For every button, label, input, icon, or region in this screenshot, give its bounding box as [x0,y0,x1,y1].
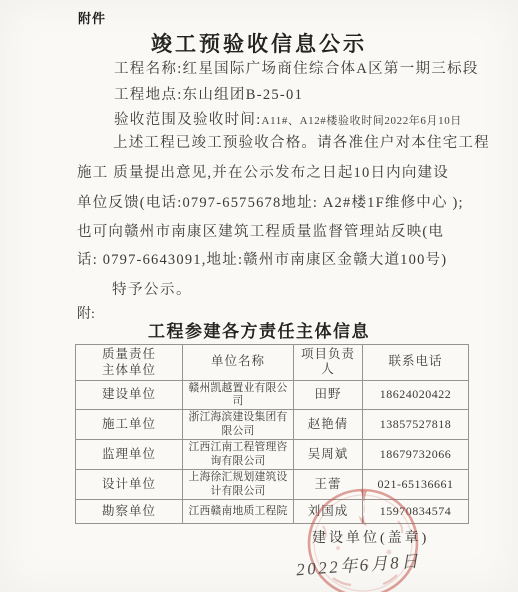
column-header-company: 单位名称 [183,345,294,381]
notice-paragraph-line: 单位反馈(电话:0797-6575678地址: A2#楼1F维修中心 ); [77,191,464,212]
scope-value: A11#、A12#楼验收时间2022年6月10日 [262,115,462,127]
phone-cell: 13857527818 [363,410,469,440]
phone-cell: 18624020422 [363,380,469,410]
notice-paragraph-line: 也可向赣州市南康区建筑工程质量监督管理站反映(电 [77,220,444,241]
closing-statement: 特予公示。 [112,278,192,299]
company-cell: 赣州凯越置业有限公司 [183,380,294,410]
role-cell: 建设单位 [76,380,183,410]
person-cell: 田野 [294,380,363,410]
table-row: 建设单位 赣州凯越置业有限公司 田野 18624020422 [76,380,469,410]
phone-cell: 15970834574 [363,500,469,524]
notice-paragraph-line: 施工 质量提出意见,并在公示发布之日起10日内向建设 [77,161,449,182]
role-cell: 勘察单位 [76,500,183,524]
seal-signature-label: 建设单位(盖章) [312,527,429,547]
table-row: 监理单位 江西江南工程管理咨询有限公司 吴周斌 18679732066 [76,440,469,470]
company-cell: 浙江海滨建设集团有限公司 [183,410,294,440]
company-cell: 上海徐汇规划建筑设计有限公司 [183,470,294,500]
scope-label: 验收范围及验收时间: [114,112,262,128]
scanned-notice-document: 附件 竣工预验收信息公示 工程名称:红星国际广场商住综合体A区第一期三标段 工程… [0,0,518,592]
table-row: 施工单位 浙江海滨建设集团有限公司 赵艳倩 13857527818 [76,410,469,440]
company-cell: 江西江南工程管理咨询有限公司 [183,440,294,470]
acceptance-scope-line: 验收范围及验收时间:A11#、A12#楼验收时间2022年6月10日 [114,108,462,129]
column-header-person: 项目负责人 [294,345,363,381]
handwritten-date: 2022年6月8日 [295,547,421,581]
header-role-line1: 质量责任 [78,346,180,362]
phone-cell: 021-65136661 [363,470,469,500]
role-cell: 设计单位 [76,470,183,500]
person-cell: 赵艳倩 [294,410,363,440]
person-cell: 王蕾 [294,470,363,500]
notice-paragraph-line: 上述工程已竣工预验收合格。请各准住户对本住宅工程 [113,131,490,152]
document-title: 竣工预验收信息公示 [0,28,518,58]
table-row: 勘察单位 江西赣南地质工程院 刘国成 15970834574 [76,500,469,524]
person-cell: 吴周斌 [294,440,363,470]
phone-cell: 18679732066 [363,440,469,470]
role-cell: 施工单位 [76,410,183,440]
table-row: 设计单位 上海徐汇规划建筑设计有限公司 王蕾 021-65136661 [76,470,469,500]
column-header-phone: 联系电话 [363,345,469,381]
attachment-label: 附件 [78,8,106,27]
project-location-line: 工程地点:东山组团B-25-01 [114,83,303,104]
column-header-role: 质量责任主体单位 [76,345,183,381]
role-cell: 监理单位 [76,440,183,470]
header-role-line2: 主体单位 [78,362,180,378]
company-cell: 江西赣南地质工程院 [183,500,294,524]
notice-paragraph-line: 话: 0797-6643091,地址:赣州市南康区金赣大道100号) [77,248,447,269]
responsibility-parties-table: 质量责任主体单位 单位名称 项目负责人 联系电话 建设单位 赣州凯越置业有限公司… [75,344,469,524]
table-header-row: 质量责任主体单位 单位名称 项目负责人 联系电话 [76,345,469,381]
person-cell: 刘国成 [294,500,363,524]
table-title: 工程参建各方责任主体信息 [0,317,518,342]
project-name-line: 工程名称:红星国际广场商住综合体A区第一期三标段 [114,57,479,78]
